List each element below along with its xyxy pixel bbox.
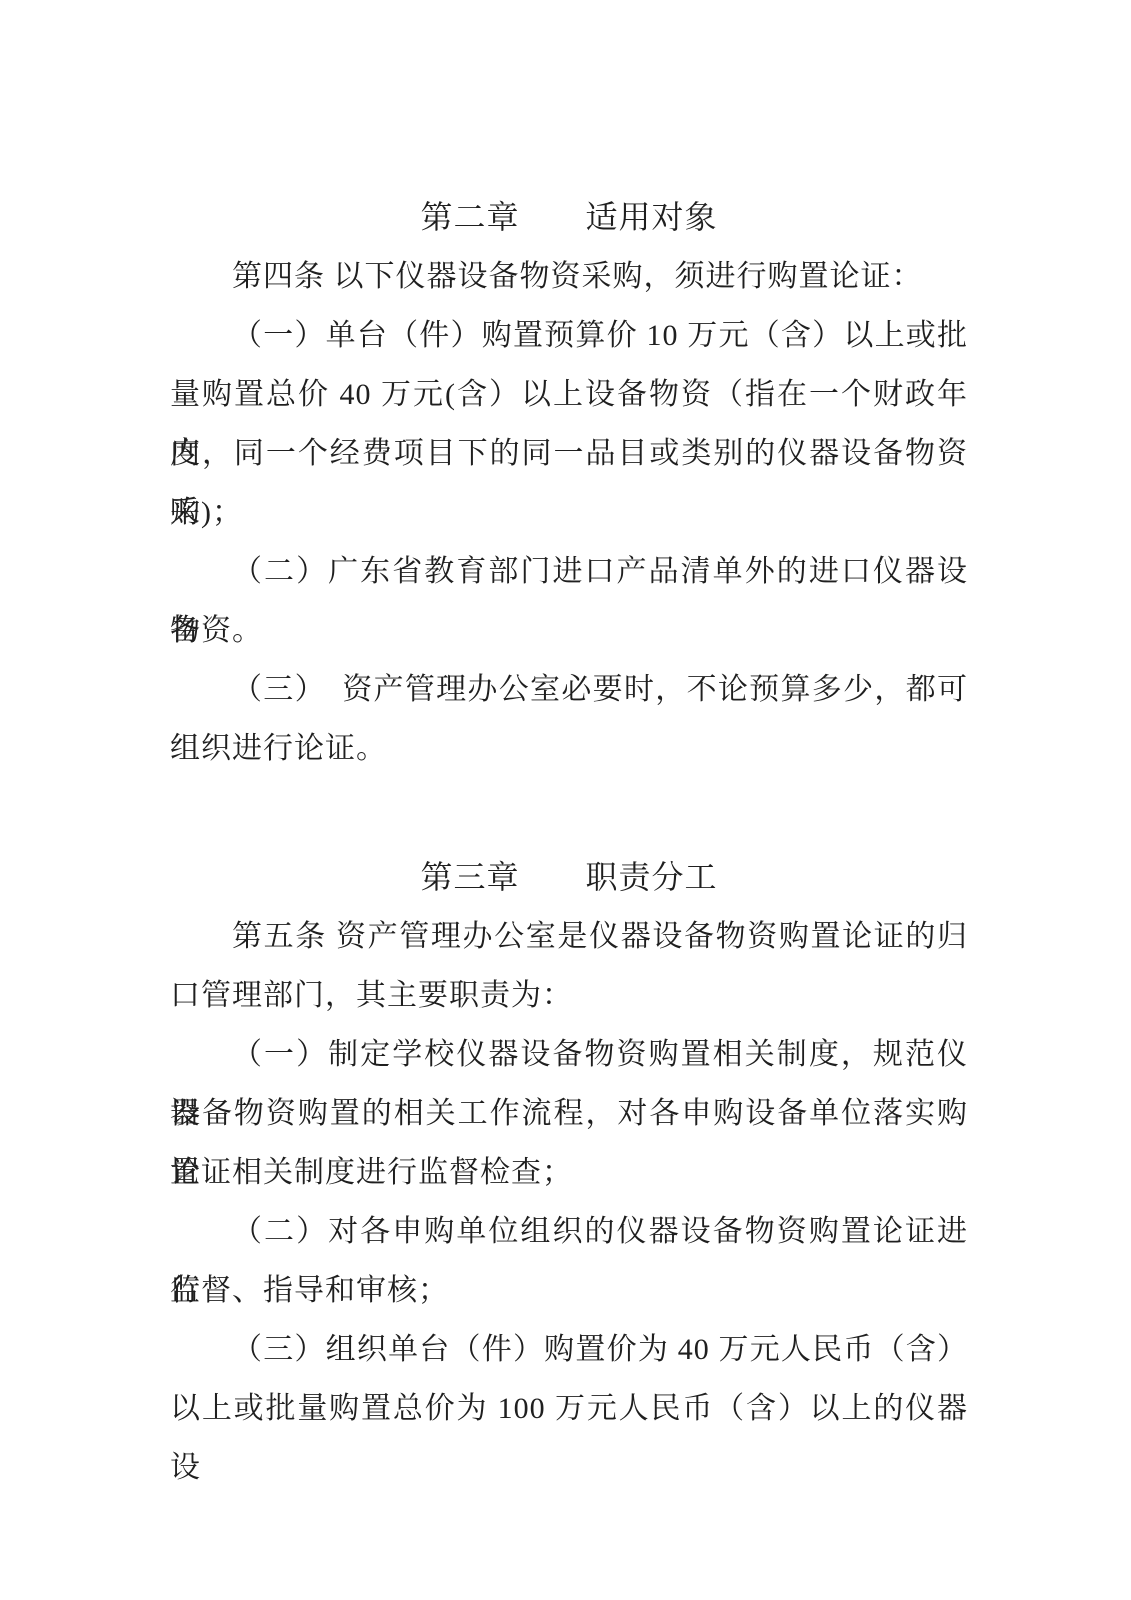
section-gap xyxy=(170,778,968,848)
article-4-intro-line: 第四条 以下仪器设备物资采购，须进行购置论证： xyxy=(170,247,968,306)
article-5-intro-line: 第五条 资产管理办公室是仪器设备物资购置论证的归 xyxy=(170,907,968,966)
article-4-item-1-line: 内，同一个经费项目下的同一品目或类别的仪器设备物资采 xyxy=(170,424,968,483)
article-4-item-2-line: 物资。 xyxy=(170,601,968,660)
article-4-item-1-line: 量购置总价 40 万元(含）以上设备物资（指在一个财政年度 xyxy=(170,365,968,424)
article-5-item-3-line: 以上或批量购置总价为 100 万元人民币（含）以上的仪器设 xyxy=(170,1379,968,1438)
article-5-intro-line: 口管理部门，其主要职责为： xyxy=(170,966,968,1025)
article-5-item-1-line: 论证相关制度进行监督检查； xyxy=(170,1143,968,1202)
chapter-3-heading: 第三章 职责分工 xyxy=(170,848,968,907)
document-page: 第二章 适用对象 第四条 以下仪器设备物资采购，须进行购置论证： （一）单台（件… xyxy=(0,0,1131,1600)
article-4-item-1-line: （一）单台（件）购置预算价 10 万元（含）以上或批 xyxy=(170,306,968,365)
article-4-item-3-line: 组织进行论证。 xyxy=(170,719,968,778)
article-5-item-3-line: （三）组织单台（件）购置价为 40 万元人民币（含） xyxy=(170,1320,968,1379)
article-5-item-2-line: 监督、指导和审核； xyxy=(170,1261,968,1320)
article-4-item-1-line: 购)； xyxy=(170,483,968,542)
article-5-item-1-line: （一）制定学校仪器设备物资购置相关制度，规范仪器 xyxy=(170,1025,968,1084)
article-5-item-2-line: （二）对各申购单位组织的仪器设备物资购置论证进行 xyxy=(170,1202,968,1261)
chapter-2-heading: 第二章 适用对象 xyxy=(170,188,968,247)
article-4-item-3-line: （三） 资产管理办公室必要时，不论预算多少，都可 xyxy=(170,660,968,719)
article-5-item-1-line: 设备物资购置的相关工作流程，对各申购设备单位落实购置 xyxy=(170,1084,968,1143)
article-4-item-2-line: （二）广东省教育部门进口产品清单外的进口仪器设备 xyxy=(170,542,968,601)
